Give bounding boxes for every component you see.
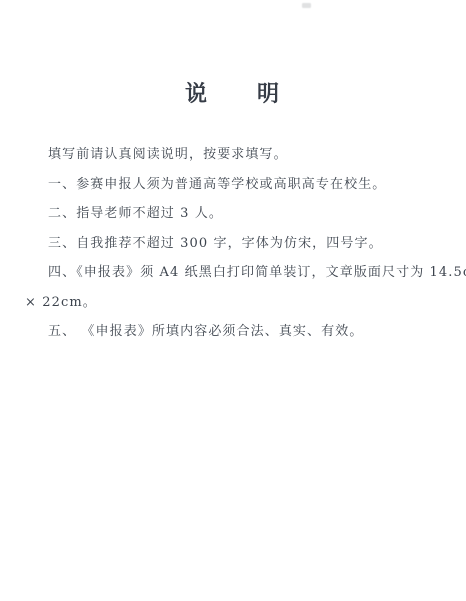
paragraph-item-4-continuation: × 22cm。	[25, 288, 450, 318]
paragraph-item-2: 二、指导老师不超过 3 人。	[25, 199, 450, 229]
scan-artifact	[302, 3, 311, 8]
page-title: 说 明	[0, 82, 466, 106]
document-body: 填写前请认真阅读说明，按要求填写。 一、参赛申报人须为普通高等学校或高职高专在校…	[25, 140, 450, 347]
paragraph-item-3: 三、自我推荐不超过 300 字，字体为仿宋，四号字。	[25, 229, 450, 259]
paragraph-item-5: 五、 《申报表》所填内容必须合法、真实、有效。	[25, 317, 450, 347]
paragraph-item-1: 一、参赛申报人须为普通高等学校或高职高专在校生。	[25, 170, 450, 200]
document-page: 说 明 填写前请认真阅读说明，按要求填写。 一、参赛申报人须为普通高等学校或高职…	[0, 0, 466, 601]
paragraph-intro: 填写前请认真阅读说明，按要求填写。	[25, 140, 450, 170]
paragraph-item-4: 四、《申报表》须 A4 纸黑白打印简单装订，文章版面尺寸为 14.5cm	[25, 258, 450, 288]
